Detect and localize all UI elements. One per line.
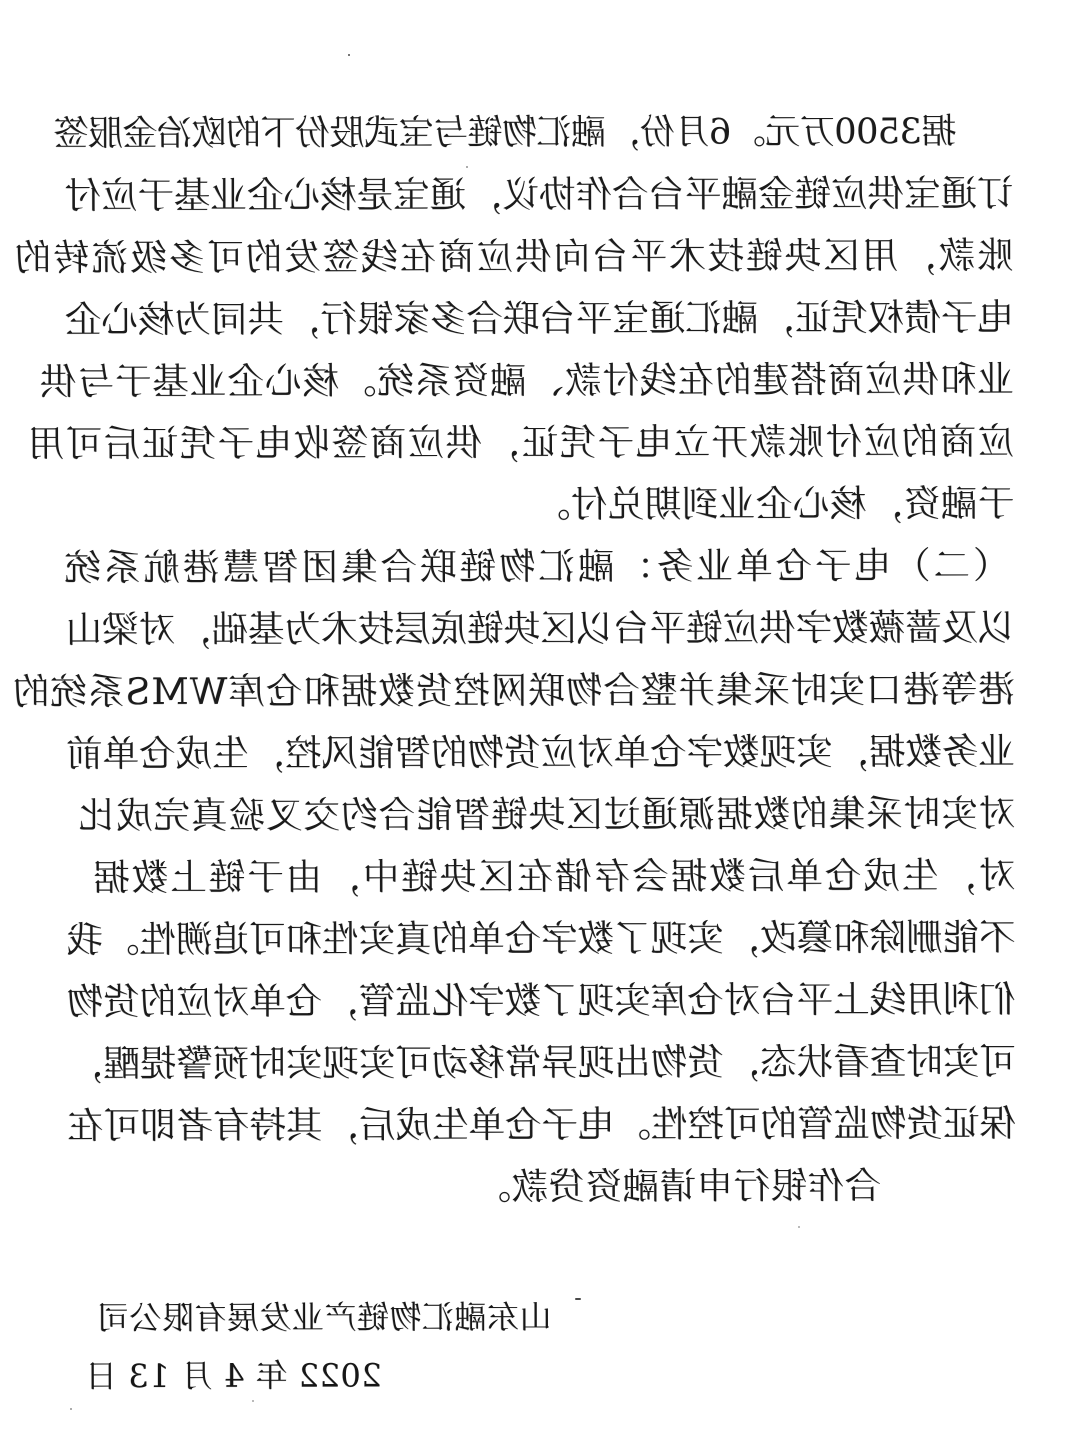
body-line-3: 账款，用区块链技术平台向供应商在线签发的可多级流转的 [13,232,1014,283]
scan-artifact [70,1408,72,1410]
body-line-10: 港等港口实时采集并整合物联网控货数据和仓库WMS系统的 [12,666,1015,717]
body-line-15: 们利用线上平台对仓库实现了数字化监管，仓单对应的货物 [67,976,1016,1026]
body-line-17: 保证货物监管的可控性。电子仓单生成后，其持有者即可在 [67,1100,1016,1150]
body-line-13: 对，生成仓单后数据会存储在区块链中，由于链上数据 [91,852,1015,902]
scan-artifact [184,988,186,993]
body-line-12: 对实时采集的数据源通过区块链智能合约交叉验真完成比 [78,790,1016,840]
date-line: 2022 年 4 月 13 日 [85,1350,382,1397]
body-line-11: 业务数据，实现数字仓单对应货物的智能风控，生成仓单前 [66,728,1015,778]
body-line-18: 合作银行申请融资贷款。 [474,1162,881,1211]
body-line-1: 据3500万元。6月份，融汇物链与宝武股份下的欧冶金服签 [54,108,956,158]
body-line-4: 电子债权凭证，融汇通宝平台联合多家银行，共同为核心企 [65,294,1014,344]
scanned-document-page: 据3500万元。6月份，融汇物链与宝武股份下的欧冶金服签 订通宝供应链金融平台合… [0,0,1085,1452]
body-line-6: 应商的应付账款开立电子凭证，供应商签收电子凭证后可用 [26,418,1014,469]
scan-artifact [252,1400,254,1402]
document-body: 据3500万元。6月份，融汇物链与宝武股份下的欧冶金服签 订通宝供应链金融平台合… [0,0,1085,1452]
scan-artifact [575,1298,581,1300]
scan-artifact [348,54,350,56]
body-line-5: 业和供应商搭建的在线付款、融资系统。核心企业基于与供 [39,356,1014,407]
body-line-14: 不能删除和篡改，实现了数字仓单的真实性和可追溯性。我 [66,914,1015,964]
body-line-9: 以及蔷薇数字供应链平台以区块链底层技术为基础，对梁山 [66,604,1015,654]
body-line-16: 可实时查看状态，货物出现异常移动可实现实时预警提醒， [67,1038,1016,1088]
company-name: 山东融汇物链产业发展有限公司 [96,1292,551,1339]
scan-artifact [798,1226,800,1228]
body-line-8: （二）电子仓单业务：融汇物链联合集团智慧港航系统 [62,542,1010,592]
body-line-2: 订通宝供应链金融平台合作协议，通宝是核心企业基于应付 [65,170,1014,220]
scan-artifact [466,166,468,168]
mirrored-scan-layer: 据3500万元。6月份，融汇物链与宝武股份下的欧冶金服签 订通宝供应链金融平台合… [0,0,1085,1452]
body-line-7: 于融资，核心企业到期兑付。 [533,480,1014,529]
